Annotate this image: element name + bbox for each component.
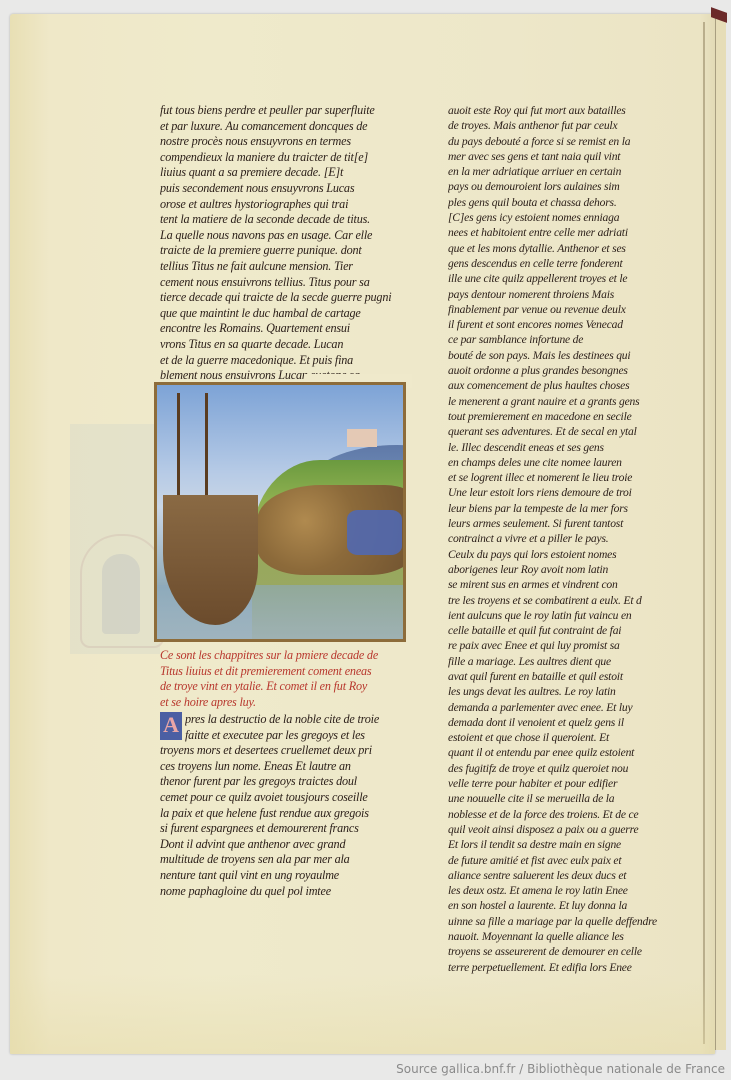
text-line: pays ou demouroient lors aulaines sim — [448, 179, 688, 194]
text-line: gens descendus en celle terre fonderent — [448, 256, 688, 271]
left-text-column-continued: Apres la destructio de la noble cite de … — [160, 712, 410, 899]
text-line: tout premierement en macedone en secile — [448, 409, 688, 424]
text-line: La quelle nous navons pas en usage. Car … — [160, 228, 410, 244]
text-line: nauoit. Moyennant la quelle aliance les — [448, 929, 688, 944]
text-line: traicte de la premiere guerre punique. d… — [160, 243, 410, 259]
text-line: noblesse et de la force des troiens. Et … — [448, 807, 688, 822]
next-page-edge — [715, 16, 726, 1050]
show-through-figure — [80, 534, 164, 648]
rubric-block: Ce sont les chappitres sur la pmiere dec… — [160, 648, 410, 710]
text-line: ille une cite quilz appellerent troyes e… — [448, 271, 688, 286]
text-line: demanda a parlementer avec enee. Et luy — [448, 700, 688, 715]
text-line: puis secondement nous ensuyvrons Lucas — [160, 181, 410, 197]
text-line: et se hoire apres luy. — [160, 695, 410, 711]
text-line: en son hostel a laurente. Et luy donna l… — [448, 898, 688, 913]
text-line: que que maintint le duc hambal de cartag… — [160, 306, 410, 322]
text-line: quil veoit ainsi disposez a paix ou a gu… — [448, 822, 688, 837]
text-line: velle terre pour habiter et pour edifier — [448, 776, 688, 791]
text-line: bouté de son pays. Mais les destinees qu… — [448, 348, 688, 363]
text-line: celle bataille et quil fut contraint de … — [448, 623, 688, 638]
text-line: la paix et que helene fust rendue aux gr… — [160, 806, 410, 822]
text-line: thenor furent par les gregoys traictes d… — [160, 774, 410, 790]
text-line: Dont il advint que anthenor avec grand — [160, 837, 410, 853]
text-line: les deux ostz. Et amena le roy latin Ene… — [448, 883, 688, 898]
text-line: en la mer adriatique arriuer en certain — [448, 164, 688, 179]
text-line: Ce sont les chappitres sur la pmiere dec… — [160, 648, 410, 664]
text-line: nenture tant quil vint en ung royaulme — [160, 868, 410, 884]
text-line: tre les troyens et se combatirent a eulx… — [448, 593, 688, 608]
text-line: auoit este Roy qui fut mort aux bataille… — [448, 103, 688, 118]
text-line: multitude de troyens sen ala par mer ala — [160, 852, 410, 868]
text-line: cement nous ensuivrons tellius. Titus po… — [160, 275, 410, 291]
text-line: encontre les Romains. Quartement ensui — [160, 321, 410, 337]
decorated-initial: A — [160, 712, 182, 740]
text-line: fut tous biens perdre et peuller par sup… — [160, 103, 410, 119]
text-line: faitte et executee par les gregoys et le… — [185, 728, 410, 744]
text-line: du pays debouté a force si se remist en … — [448, 134, 688, 149]
text-line: le. Illec descendit eneas et ses gens — [448, 440, 688, 455]
text-line: aborigenes leur Roy avoit nom latin — [448, 562, 688, 577]
text-line: Ceulx du pays qui lors estoient nomes — [448, 547, 688, 562]
source-attribution: Source gallica.bnf.fr / Bibliothèque nat… — [396, 1062, 725, 1076]
text-line: leur biens par la tempeste de la mer for… — [448, 501, 688, 516]
text-line: et par luxure. Au comancement doncques d… — [160, 119, 410, 135]
text-line: leurs armes seulement. Si furent tantost — [448, 516, 688, 531]
text-line: et de la guerre macedonique. Et puis fin… — [160, 353, 410, 369]
text-line: ples gens quil bouta et chassa dehors. — [448, 195, 688, 210]
text-line: ces troyens lun nome. Eneas Et lautre an — [160, 759, 410, 775]
right-text-column: auoit este Roy qui fut mort aux bataille… — [448, 103, 688, 975]
text-line: cemet pour ce quilz avoiet tousjours cos… — [160, 790, 410, 806]
text-line: vrons Titus en sa quarte decade. Lucan — [160, 337, 410, 353]
text-line: mer avec ses gens et tant naia quil vint — [448, 149, 688, 164]
text-line: tierce decade qui traicte de la secde gu… — [160, 290, 410, 306]
text-line: nees et habitoient entre celle mer adria… — [448, 225, 688, 240]
text-line: pres la destructio de la noble cite de t… — [185, 712, 410, 728]
text-line: compendieux la maniere du traicter de ti… — [160, 150, 410, 166]
text-line: contrainct a vivre et a piller le pays. — [448, 531, 688, 546]
text-line: de future amitié et fist avec eulx paix … — [448, 853, 688, 868]
text-line: quant il ot entendu par enee quilz estoi… — [448, 745, 688, 760]
text-line: estoient et que chose il queroient. Et — [448, 730, 688, 745]
text-line: si furent espargnees et demourerent fran… — [160, 821, 410, 837]
text-line: demada dont il venoient et quelz gens il — [448, 715, 688, 730]
text-line: querant ses adventures. Et de secal en y… — [448, 424, 688, 439]
text-line: orose et aultres hystoriographes qui tra… — [160, 197, 410, 213]
page-gutter — [703, 22, 705, 1044]
miniature-illustration — [154, 382, 406, 642]
text-line: auoit ordonne a plus grandes besongnes — [448, 363, 688, 378]
text-line: une nouuelle cite il se merueilla de la — [448, 791, 688, 806]
text-line: les ungs devat les aultres. Le roy latin — [448, 684, 688, 699]
text-line: se mirent sus en armes et vindrent con — [448, 577, 688, 592]
text-line: finablement par venue ou revenue deulx — [448, 302, 688, 317]
text-line: tent la matiere de la seconde decade de … — [160, 212, 410, 228]
text-line: et se logrent illec et nomerent le lieu … — [448, 470, 688, 485]
text-line: en champs deles une cite nomee lauren — [448, 455, 688, 470]
text-line: fille a mariage. Les aultres dient que — [448, 654, 688, 669]
text-line: tellius Titus ne fait aulcune mension. T… — [160, 259, 410, 275]
text-line: il furent et sont encores nomes Venecad — [448, 317, 688, 332]
text-line: re paix avec Enee et qui luy promist sa — [448, 638, 688, 653]
blue-soldiers — [347, 510, 402, 555]
castle — [347, 429, 377, 447]
text-line: terre perpetuellement. Et edifia lors En… — [448, 960, 688, 975]
text-line: pays dentour nomerent throiens Mais — [448, 287, 688, 302]
text-line: ient aulcuns que le roy latin fut vaincu… — [448, 608, 688, 623]
text-line: nome paphagloine du quel pol imtee — [160, 884, 410, 900]
text-line: troyens mors et desertees cruellemet deu… — [160, 743, 410, 759]
text-line: troyens se asseurerent de demourer en ce… — [448, 944, 688, 959]
text-line: nostre procès nous ensuyvrons en termes — [160, 134, 410, 150]
text-line: aux comencement de plus haultes choses — [448, 378, 688, 393]
text-line: des fugitifz de troye et quilz queroiet … — [448, 761, 688, 776]
text-line: ce par samblance infortune de — [448, 332, 688, 347]
text-line: uinne sa fille a mariage par la quelle d… — [448, 914, 688, 929]
text-line: le menerent a grant nauire et a grants g… — [448, 394, 688, 409]
text-line: Une leur estoit lors riens demoure de tr… — [448, 485, 688, 500]
text-line: avat quil furent en bataille et quil est… — [448, 669, 688, 684]
text-line: de troye vint en ytalie. Et comet il en … — [160, 679, 410, 695]
text-line: de troyes. Mais anthenor fut par ceulx — [448, 118, 688, 133]
text-line: aliance sentre saluerent les deux ducs e… — [448, 868, 688, 883]
text-line: Titus liuius et dit premierement coment … — [160, 664, 410, 680]
text-line: liuius quant a sa premiere decade. [E]t — [160, 165, 410, 181]
text-line: [C]es gens icy estoient nomes enniaga — [448, 210, 688, 225]
text-line: que et les mons dytallie. Anthenor et se… — [448, 241, 688, 256]
text-line: Et lors il tendit sa destre main en sign… — [448, 837, 688, 852]
